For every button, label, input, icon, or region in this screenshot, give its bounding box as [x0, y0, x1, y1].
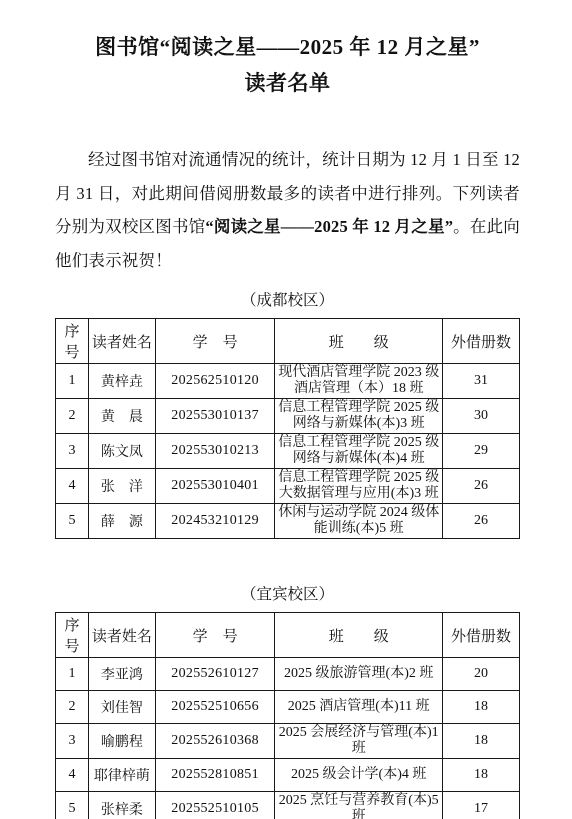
- cell-reader-name: 陈文凤: [88, 434, 155, 469]
- header-row: 序号读者姓名学 号班 级外借册数: [56, 319, 520, 364]
- column-header-reader-name: 读者姓名: [88, 319, 155, 364]
- cell-borrow-count: 17: [442, 792, 519, 819]
- table-row: 2刘佳智2025525106562025 酒店管理(本)11 班18: [56, 691, 520, 724]
- campus-caption-yibin: （宜宾校区）: [55, 585, 520, 604]
- cell-seq: 3: [56, 434, 89, 469]
- table-row: 4耶律梓萌2025528108512025 级会计学(本)4 班18: [56, 759, 520, 792]
- cell-student-id: 202553010401: [155, 469, 275, 504]
- cell-student-id: 202553010213: [155, 434, 275, 469]
- campus-caption-chengdu: （成都校区）: [55, 291, 520, 310]
- table-row: 4张 洋202553010401信息工程管理学院 2025 级大数据管理与应用(…: [56, 469, 520, 504]
- cell-seq: 5: [56, 792, 89, 819]
- cell-seq: 2: [56, 399, 89, 434]
- cell-reader-name: 耶律梓萌: [88, 759, 155, 792]
- column-header-class-name: 班 级: [275, 613, 443, 658]
- title-line-1: 图书馆“阅读之星——2025 年 12 月之星”: [55, 29, 520, 65]
- cell-student-id: 202453210129: [155, 504, 275, 539]
- cell-reader-name: 黄 晨: [88, 399, 155, 434]
- document-page: 图书馆“阅读之星——2025 年 12 月之星” 读者名单 经过图书馆对流通情况…: [0, 0, 572, 819]
- cell-reader-name: 张 洋: [88, 469, 155, 504]
- table-row: 3喻鹏程2025526103682025 会展经济与管理(本)1 班18: [56, 724, 520, 759]
- cell-reader-name: 刘佳智: [88, 691, 155, 724]
- cell-student-id: 202552610127: [155, 658, 275, 691]
- cell-class-name: 信息工程管理学院 2025 级网络与新媒体(本)3 班: [275, 399, 443, 434]
- cell-seq: 3: [56, 724, 89, 759]
- cell-seq: 5: [56, 504, 89, 539]
- cell-reader-name: 黄梓垚: [88, 364, 155, 399]
- cell-student-id: 202552810851: [155, 759, 275, 792]
- cell-borrow-count: 26: [442, 504, 519, 539]
- cell-class-name: 2025 酒店管理(本)11 班: [275, 691, 443, 724]
- column-header-seq: 序号: [56, 613, 89, 658]
- table-row: 2黄 晨202553010137信息工程管理学院 2025 级网络与新媒体(本)…: [56, 399, 520, 434]
- document-title: 图书馆“阅读之星——2025 年 12 月之星” 读者名单: [55, 29, 520, 101]
- cell-class-name: 现代酒店管理学院 2023 级酒店管理（本）18 班: [275, 364, 443, 399]
- cell-student-id: 202562510120: [155, 364, 275, 399]
- campus-section-chengdu: （成都校区） 序号读者姓名学 号班 级外借册数1黄梓垚202562510120现…: [55, 291, 520, 539]
- cell-class-name: 休闲与运动学院 2024 级体能训练(本)5 班: [275, 504, 443, 539]
- table-row: 1黄梓垚202562510120现代酒店管理学院 2023 级酒店管理（本）18…: [56, 364, 520, 399]
- cell-reader-name: 喻鹏程: [88, 724, 155, 759]
- cell-seq: 4: [56, 469, 89, 504]
- header-row: 序号读者姓名学 号班 级外借册数: [56, 613, 520, 658]
- intro-paragraph: 经过图书馆对流通情况的统计，统计日期为 12 月 1 日至 12 月 31 日，…: [55, 143, 520, 277]
- cell-borrow-count: 30: [442, 399, 519, 434]
- column-header-borrow-count: 外借册数: [442, 319, 519, 364]
- cell-student-id: 202552510105: [155, 792, 275, 819]
- cell-class-name: 信息工程管理学院 2025 级网络与新媒体(本)4 班: [275, 434, 443, 469]
- cell-class-name: 信息工程管理学院 2025 级大数据管理与应用(本)3 班: [275, 469, 443, 504]
- cell-borrow-count: 26: [442, 469, 519, 504]
- cell-reader-name: 张梓柔: [88, 792, 155, 819]
- reader-table-yibin: 序号读者姓名学 号班 级外借册数1李亚鸿2025526101272025 级旅游…: [55, 612, 520, 819]
- cell-student-id: 202552610368: [155, 724, 275, 759]
- cell-class-name: 2025 会展经济与管理(本)1 班: [275, 724, 443, 759]
- table-row: 5张梓柔2025525101052025 烹饪与营养教育(本)5 班17: [56, 792, 520, 819]
- cell-seq: 4: [56, 759, 89, 792]
- cell-borrow-count: 18: [442, 759, 519, 792]
- intro-text-bold: “阅读之星——2025 年 12 月之星”: [205, 217, 453, 236]
- cell-borrow-count: 18: [442, 724, 519, 759]
- cell-seq: 1: [56, 658, 89, 691]
- cell-student-id: 202553010137: [155, 399, 275, 434]
- cell-borrow-count: 18: [442, 691, 519, 724]
- cell-reader-name: 李亚鸿: [88, 658, 155, 691]
- cell-class-name: 2025 级旅游管理(本)2 班: [275, 658, 443, 691]
- cell-seq: 2: [56, 691, 89, 724]
- column-header-seq: 序号: [56, 319, 89, 364]
- cell-borrow-count: 31: [442, 364, 519, 399]
- cell-borrow-count: 20: [442, 658, 519, 691]
- column-header-student-id: 学 号: [155, 613, 275, 658]
- column-header-student-id: 学 号: [155, 319, 275, 364]
- cell-student-id: 202552510656: [155, 691, 275, 724]
- table-row: 1李亚鸿2025526101272025 级旅游管理(本)2 班20: [56, 658, 520, 691]
- column-header-reader-name: 读者姓名: [88, 613, 155, 658]
- cell-borrow-count: 29: [442, 434, 519, 469]
- table-row: 5薛 源202453210129休闲与运动学院 2024 级体能训练(本)5 班…: [56, 504, 520, 539]
- title-line-2: 读者名单: [55, 65, 520, 101]
- cell-seq: 1: [56, 364, 89, 399]
- cell-class-name: 2025 级会计学(本)4 班: [275, 759, 443, 792]
- column-header-borrow-count: 外借册数: [442, 613, 519, 658]
- reader-table-chengdu: 序号读者姓名学 号班 级外借册数1黄梓垚202562510120现代酒店管理学院…: [55, 318, 520, 539]
- cell-class-name: 2025 烹饪与营养教育(本)5 班: [275, 792, 443, 819]
- column-header-class-name: 班 级: [275, 319, 443, 364]
- campus-section-yibin: （宜宾校区） 序号读者姓名学 号班 级外借册数1李亚鸿2025526101272…: [55, 585, 520, 819]
- table-row: 3陈文凤202553010213信息工程管理学院 2025 级网络与新媒体(本)…: [56, 434, 520, 469]
- cell-reader-name: 薛 源: [88, 504, 155, 539]
